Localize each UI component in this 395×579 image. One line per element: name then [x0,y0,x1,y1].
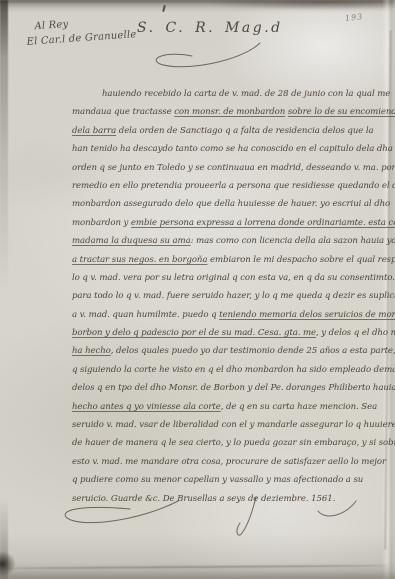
underlined-phrase: con monsr. de monbardon [174,107,285,117]
underlined-phrase: borbon y delo q padescio por el de su ma… [72,328,316,338]
underlined-phrase: embie persona expressa a lorrena donde o… [131,218,395,228]
salutation-flourish [148,40,278,76]
letter-line: dela barra dela orden de Sanctiago q a f… [72,122,374,140]
paper-left-edge [0,0,8,579]
letter-line: esto v. mad. me mandare otra cosa, procu… [72,453,374,471]
letter-line: orden q se junto en Toledo y se continua… [72,159,374,177]
letter-line: q pudiere como su menor capellan y vassa… [72,471,374,489]
text-segment: seruido v. mad. vsar de liberalidad con … [72,420,395,430]
text-segment: remedio en ello pretendia proueerla a pe… [72,181,395,191]
text-segment: orden q se junto en Toledo y se continua… [72,163,395,173]
letter-line: hauiendo recebido la carta de v. mad. de… [72,85,374,103]
ink-blotch [0,551,16,577]
salutation: S. C. R. Mag.d [137,20,283,36]
letter-line: delos q en tpo del dho Monsr. de Borbon … [72,379,374,397]
text-segment: monbardon assegurado delo que della huui… [72,199,390,209]
manuscript-page: Al Rey El Car.l de Granuelle S. C. R. Ma… [0,0,395,579]
letter-line: seruido v. mad. vsar de liberalidad con … [72,416,374,434]
text-segment: a v. mad. quan humilmte. puedo q [72,310,219,320]
folio-number: 193 [345,12,364,23]
text-segment: , y delos q el dho monbardon [316,328,395,338]
text-segment: mandaua que tractasse [72,107,174,117]
letter-line: a tractar sus negos. en borgoña embiaron… [72,251,374,269]
letter-line: para todo lo q v. mad. fuere seruido haz… [72,287,374,305]
letter-line: han tenido ha descaydo tanto como se ha … [72,140,374,158]
text-segment: delos q en tpo del dho Monsr. de Borbon … [72,383,395,393]
letter-line: de hauer de manera q le sea cierto, y lo… [72,434,374,452]
text-segment: : mas como con licencia della ala sazon … [191,236,395,246]
underlined-phrase: dela barra [72,126,116,136]
text-segment: lo q v. mad. vera por su letra original … [72,273,395,283]
letter-line: mandaua que tractasse con monsr. de monb… [72,103,374,121]
letter-line: ha hecho, delos quales puedo yo dar test… [72,342,374,360]
letter-line: hecho antes q yo viniesse ala corte, de … [72,398,374,416]
letter-line: remedio en ello pretendia proueerla a pe… [72,177,374,195]
underlined-phrase: a tractar sus negos. en borgoña [72,255,207,265]
underlined-phrase: hecho antes q yo viniesse ala corte [72,402,221,412]
underlined-phrase: teniendo memoria delos seruicios de mons… [219,310,395,320]
text-segment: , de q en su carta haze mencion. Sea [221,402,377,412]
underlined-phrase: sobre lo de su encomienda [288,107,395,117]
ink-mark [162,5,166,12]
letter-line: monbardon assegurado delo que della huui… [72,195,374,213]
paper-top-smudge [210,0,395,10]
letter-body: hauiendo recebido la carta de v. mad. de… [72,85,374,508]
underlined-phrase: madama la duquesa su ama [72,236,191,246]
closing-flourish [60,495,390,545]
text-segment: q siguiendo la corte he visto en q el dh… [72,365,395,375]
text-segment: dela orden de Sanctiago q a falta de res… [116,126,373,136]
text-segment: q pudiere como su menor capellan y vassa… [72,475,363,485]
text-segment: embiaron le mi despacho sobre el qual re… [207,255,395,265]
underlined-phrase: ha hecho [72,346,111,356]
letter-line: madama la duquesa su ama: mas como con l… [72,232,374,250]
letter-line: q siguiendo la corte he visto en q el dh… [72,361,374,379]
text-segment: monbardon y [72,218,131,228]
text-segment: de hauer de manera q le sea cierto, y lo… [72,438,395,448]
text-segment: han tenido ha descaydo tanto como se ha … [72,144,393,154]
letter-line: monbardon y embie persona expressa a lor… [72,214,374,232]
text-segment: para todo lo q v. mad. fuere seruido haz… [72,291,395,301]
letter-line: a v. mad. quan humilmte. puedo q teniend… [72,306,374,324]
text-segment: hauiendo recebido la carta de v. mad. de… [102,89,390,99]
text-segment: , delos quales puedo yo dar testimonio d… [111,346,395,356]
text-segment: esto v. mad. me mandare otra cosa, procu… [72,457,386,467]
letter-line: borbon y delo q padescio por el de su ma… [72,324,374,342]
letter-line: lo q v. mad. vera por su letra original … [72,269,374,287]
addressee-note: Al Rey El Car.l de Granuelle [25,12,137,50]
